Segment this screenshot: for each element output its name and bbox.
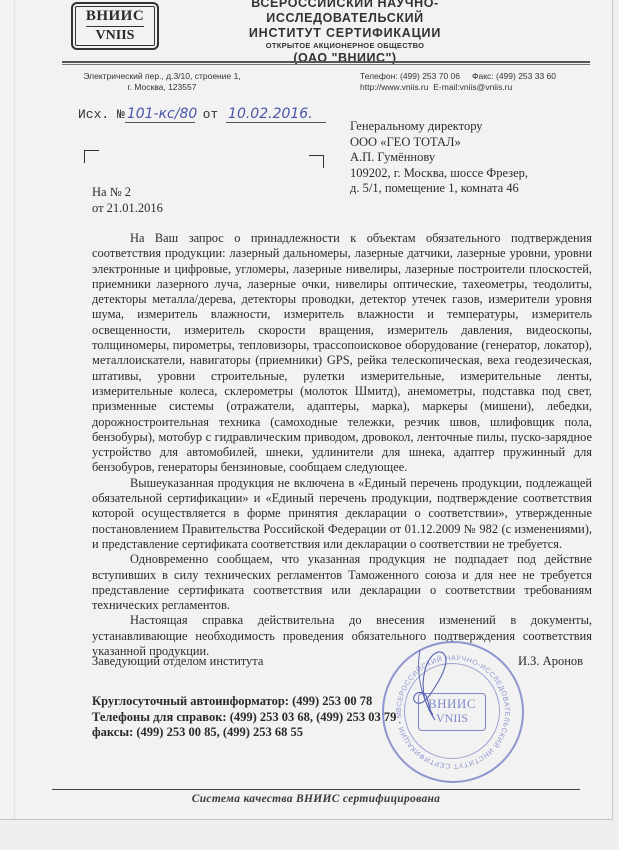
contact-info: Круглосуточный автоинформатор: (499) 253… (92, 694, 396, 741)
outgoing-number: Исх. №101-кс/80 от 10.02.2016. (78, 107, 326, 123)
outgoing-date-handwritten: 10.02.2016. (226, 107, 326, 123)
reply-ref-number: На № 2 (92, 185, 163, 201)
address-line1: Электрический пер., д.3/10, строение 1, (62, 71, 262, 82)
organization-name: ВСЕРОССИЙСКИЙ НАУЧНО-ИССЛЕДОВАТЕЛЬСКИЙ И… (175, 0, 515, 66)
org-name-line2: ИНСТИТУТ СЕРТИФИКАЦИИ (175, 26, 515, 41)
logo-divider (86, 26, 144, 27)
address-corner-mark-right (309, 155, 324, 168)
recipient-block: Генеральному директору ООО «ГЕО ТОТАЛ» А… (350, 119, 528, 197)
org-phone: Телефон: (499) 253 70 06 (360, 71, 460, 81)
logo-text-latin: VNIIS (73, 28, 157, 43)
outgoing-number-handwritten: 101-кс/80 (125, 107, 195, 123)
letter-body: На Ваш запрос о принадлежности к объекта… (92, 231, 592, 659)
reply-reference: На № 2 от 21.01.2016 (92, 185, 163, 216)
org-email: E-mail:vniis@vniis.ru (433, 82, 512, 92)
recipient-name: А.П. Гумённову (350, 150, 528, 166)
org-fax: Факс: (499) 253 33 60 (472, 71, 556, 81)
org-address: Электрический пер., д.3/10, строение 1, … (62, 71, 262, 93)
document-page: ВНИИС VNIIS ВСЕРОССИЙСКИЙ НАУЧНО-ИССЛЕДО… (0, 0, 613, 820)
vniis-logo: ВНИИС VNIIS (71, 2, 159, 50)
logo-text-cyrillic: ВНИИС (73, 8, 157, 25)
body-paragraph: Вышеуказанная продукция не включена в «Е… (92, 476, 592, 552)
body-paragraph: На Ваш запрос о принадлежности к объекта… (92, 231, 592, 476)
reply-ref-date: от 21.01.2016 (92, 201, 163, 217)
outgoing-date-prefix: от (203, 107, 219, 122)
signer-name: И.З. Аронов (518, 654, 583, 669)
org-name-line1: ВСЕРОССИЙСКИЙ НАУЧНО-ИССЛЕДОВАТЕЛЬСКИЙ (175, 0, 515, 26)
recipient-position: Генеральному директору (350, 119, 528, 135)
letterhead-divider-thin (62, 64, 590, 65)
recipient-address-line2: д. 5/1, помещение 1, комната 46 (350, 181, 528, 197)
org-contacts: Телефон: (499) 253 70 06Факс: (499) 253 … (360, 71, 600, 93)
handwritten-signature-icon (395, 645, 475, 725)
address-line2: г. Москва, 123557 (62, 82, 262, 93)
inquiry-phones: Телефоны для справок: (499) 253 03 68, (… (92, 710, 396, 726)
footer-quality-statement: Система качества ВНИИС сертифицирована (52, 793, 580, 805)
org-legal-form: ОТКРЫТОЕ АКЦИОНЕРНОЕ ОБЩЕСТВО (175, 41, 515, 51)
org-website: http://www.vniis.ru (360, 82, 429, 92)
address-corner-mark-left (84, 150, 99, 163)
body-paragraph: Одновременно сообщаем, что указанная про… (92, 552, 592, 613)
autoinformer-phone: Круглосуточный автоинформатор: (499) 253… (92, 694, 396, 710)
letterhead-divider (62, 61, 590, 63)
page-edge-line (14, 0, 15, 819)
outgoing-prefix: Исх. № (78, 107, 125, 122)
signer-title: Заведующий отделом института (92, 654, 263, 669)
recipient-address-line1: 109202, г. Москва, шоссе Фрезер, (350, 166, 528, 182)
fax-numbers: факсы: (499) 253 00 85, (499) 253 68 55 (92, 725, 396, 741)
recipient-company: ООО «ГЕО ТОТАЛ» (350, 135, 528, 151)
footer-divider (52, 789, 580, 790)
